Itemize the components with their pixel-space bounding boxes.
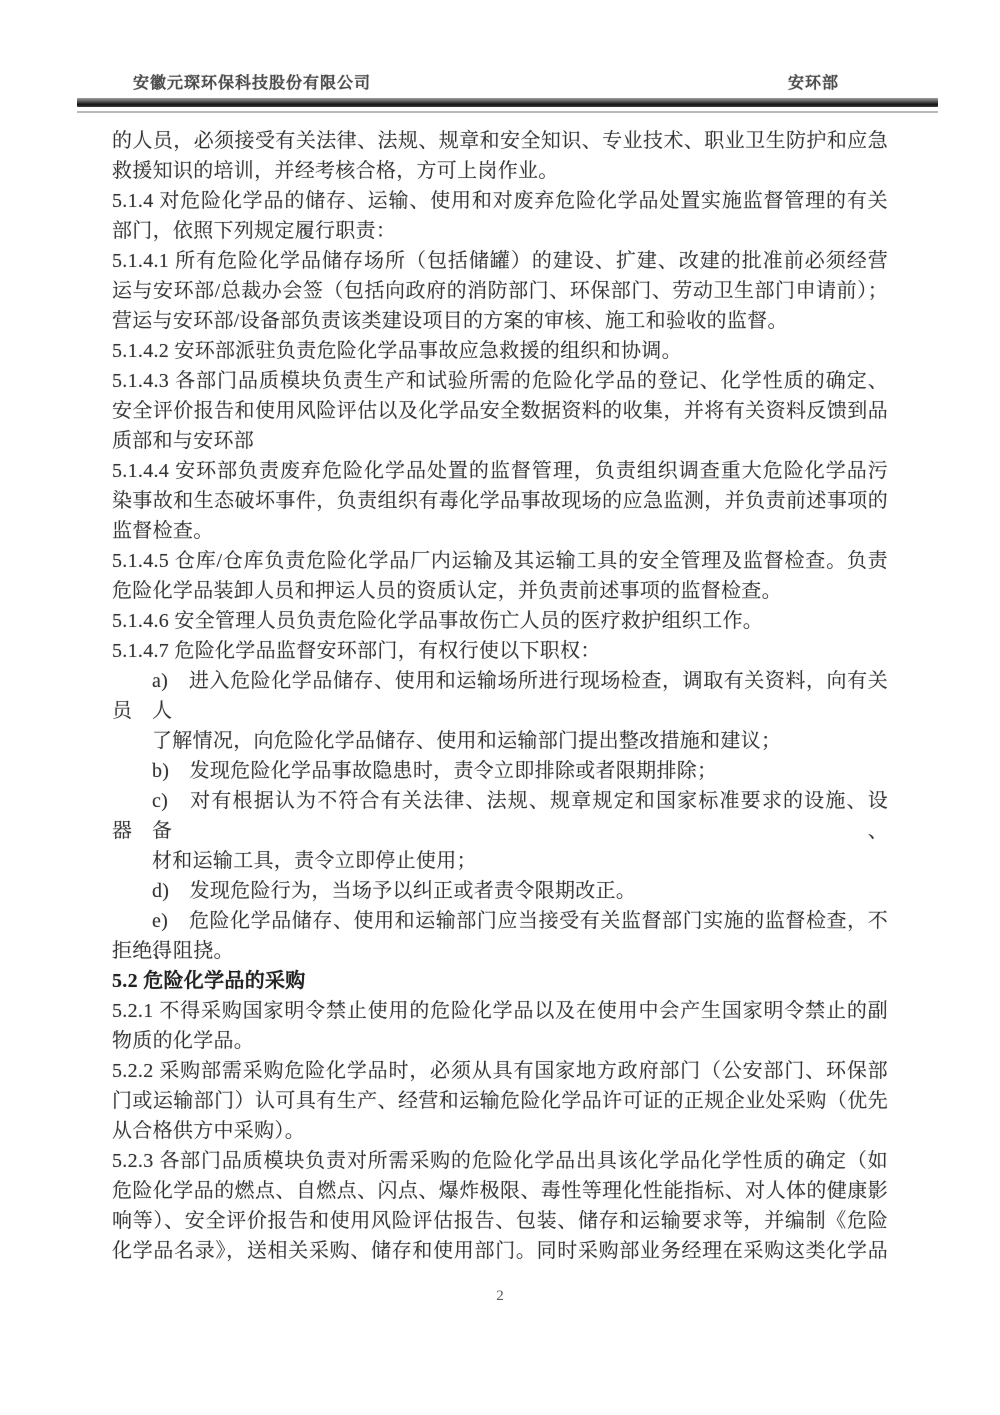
- text-line: 5.1.4.5 仓库/仓库负责危险化学品厂内运输及其运输工具的安全管理及监督检查…: [112, 546, 888, 576]
- text-line: 质部和与安环部: [112, 426, 888, 456]
- text-line: 5.1.4.3 各部门品质模块负责生产和试验所需的危险化学品的登记、化学性质的确…: [112, 366, 888, 396]
- text-line: 的人员，必须接受有关法律、法规、规章和安全知识、专业技术、职业卫生防护和应急: [112, 126, 888, 156]
- text-line: a) 进入危险化学品储存、使用和运输场所进行现场检查，调取有关资料，向有关人: [112, 666, 888, 696]
- text-line: e) 危险化学品储存、使用和运输部门应当接受有关监督部门实施的监督检查，不得: [112, 906, 888, 936]
- text-line: c) 对有根据认为不符合有关法律、法规、规章规定和国家标准要求的设施、设备、: [112, 786, 888, 816]
- text-line: 救援知识的培训，并经考核合格，方可上岗作业。: [112, 156, 888, 186]
- text-line: 员: [112, 696, 888, 726]
- text-line: 了解情况，向危险化学品储存、使用和运输部门提出整改措施和建议；: [112, 726, 888, 756]
- text-line: 染事故和生态破坏事件，负责组织有毒化学品事故现场的应急监测，并负责前述事项的: [112, 486, 888, 516]
- page-number: 2: [0, 1288, 1000, 1305]
- text-line: 拒绝、阻挠。: [112, 936, 888, 966]
- text-line: 5.2 危险化学品的采购: [112, 966, 888, 996]
- text-line: 材和运输工具，责令立即停止使用；: [112, 846, 888, 876]
- text-line: d) 发现危险行为，当场予以纠正或者责令限期改正。: [112, 876, 888, 906]
- text-line: 5.1.4.6 安全管理人员负责危险化学品事故伤亡人员的医疗救护组织工作。: [112, 606, 888, 636]
- text-line: 安全评价报告和使用风险评估以及化学品安全数据资料的收集，并将有关资料反馈到品: [112, 396, 888, 426]
- text-line: 响等）、安全评价报告和使用风险评估报告、包装、储存和运输要求等，并编制《危险: [112, 1206, 888, 1236]
- text-line: 5.1.4.2 安环部派驻负责危险化学品事故应急救援的组织和协调。: [112, 336, 888, 366]
- text-line: 监督检查。: [112, 516, 888, 546]
- text-line: 门或运输部门）认可具有生产、经营和运输危险化学品许可证的正规企业处采购（优先: [112, 1086, 888, 1116]
- text-line: 5.2.3 各部门品质模块负责对所需采购的危险化学品出具该化学品化学性质的确定（…: [112, 1146, 888, 1176]
- text-line: 物质的化学品。: [112, 1026, 888, 1056]
- text-line: 从合格供方中采购）。: [112, 1116, 888, 1146]
- text-line: 5.1.4.1 所有危险化学品储存场所（包括储罐）的建设、扩建、改建的批准前必须…: [112, 246, 888, 276]
- text-line: 5.1.4.4 安环部负责废弃危险化学品处置的监督管理，负责组织调查重大危险化学…: [112, 456, 888, 486]
- text-line: 5.2.2 采购部需采购危险化学品时，必须从具有国家地方政府部门（公安部门、环保…: [112, 1056, 888, 1086]
- text-line: 5.1.4.7 危险化学品监督安环部门，有权行使以下职权：: [112, 636, 888, 666]
- text-line: 危险化学品的燃点、自燃点、闪点、爆炸极限、毒性等理化性能指标、对人体的健康影: [112, 1176, 888, 1206]
- text-line: 营运与安环部/设备部负责该类建设项目的方案的审核、施工和验收的监督。: [112, 306, 888, 336]
- header-company-name: 安徽元琛环保科技股份有限公司: [133, 70, 371, 93]
- text-line: 化学品名录》，送相关采购、储存和使用部门。同时采购部业务经理在采购这类化学品: [112, 1236, 888, 1266]
- header-rule-thick: [77, 98, 938, 107]
- document-page: 安徽元琛环保科技股份有限公司 安环部 的人员，必须接受有关法律、法规、规章和安全…: [0, 0, 1000, 1415]
- text-line: 危险化学品装卸人员和押运人员的资质认定，并负责前述事项的监督检查。: [112, 576, 888, 606]
- text-line: b) 发现危险化学品事故隐患时，责令立即排除或者限期排除；: [112, 756, 888, 786]
- text-line: 部门，依照下列规定履行职责：: [112, 216, 888, 246]
- document-body: 的人员，必须接受有关法律、法规、规章和安全知识、专业技术、职业卫生防护和应急救援…: [112, 126, 888, 1266]
- text-line: 5.1.4 对危险化学品的储存、运输、使用和对废弃危险化学品处置实施监督管理的有…: [112, 186, 888, 216]
- header-department-name: 安环部: [788, 70, 839, 93]
- text-line: 5.2.1 不得采购国家明令禁止使用的危险化学品以及在使用中会产生国家明令禁止的…: [112, 996, 888, 1026]
- text-line: 运与安环部/总裁办会签（包括向政府的消防部门、环保部门、劳动卫生部门申请前）；: [112, 276, 888, 306]
- header-rule-thin: [77, 111, 938, 113]
